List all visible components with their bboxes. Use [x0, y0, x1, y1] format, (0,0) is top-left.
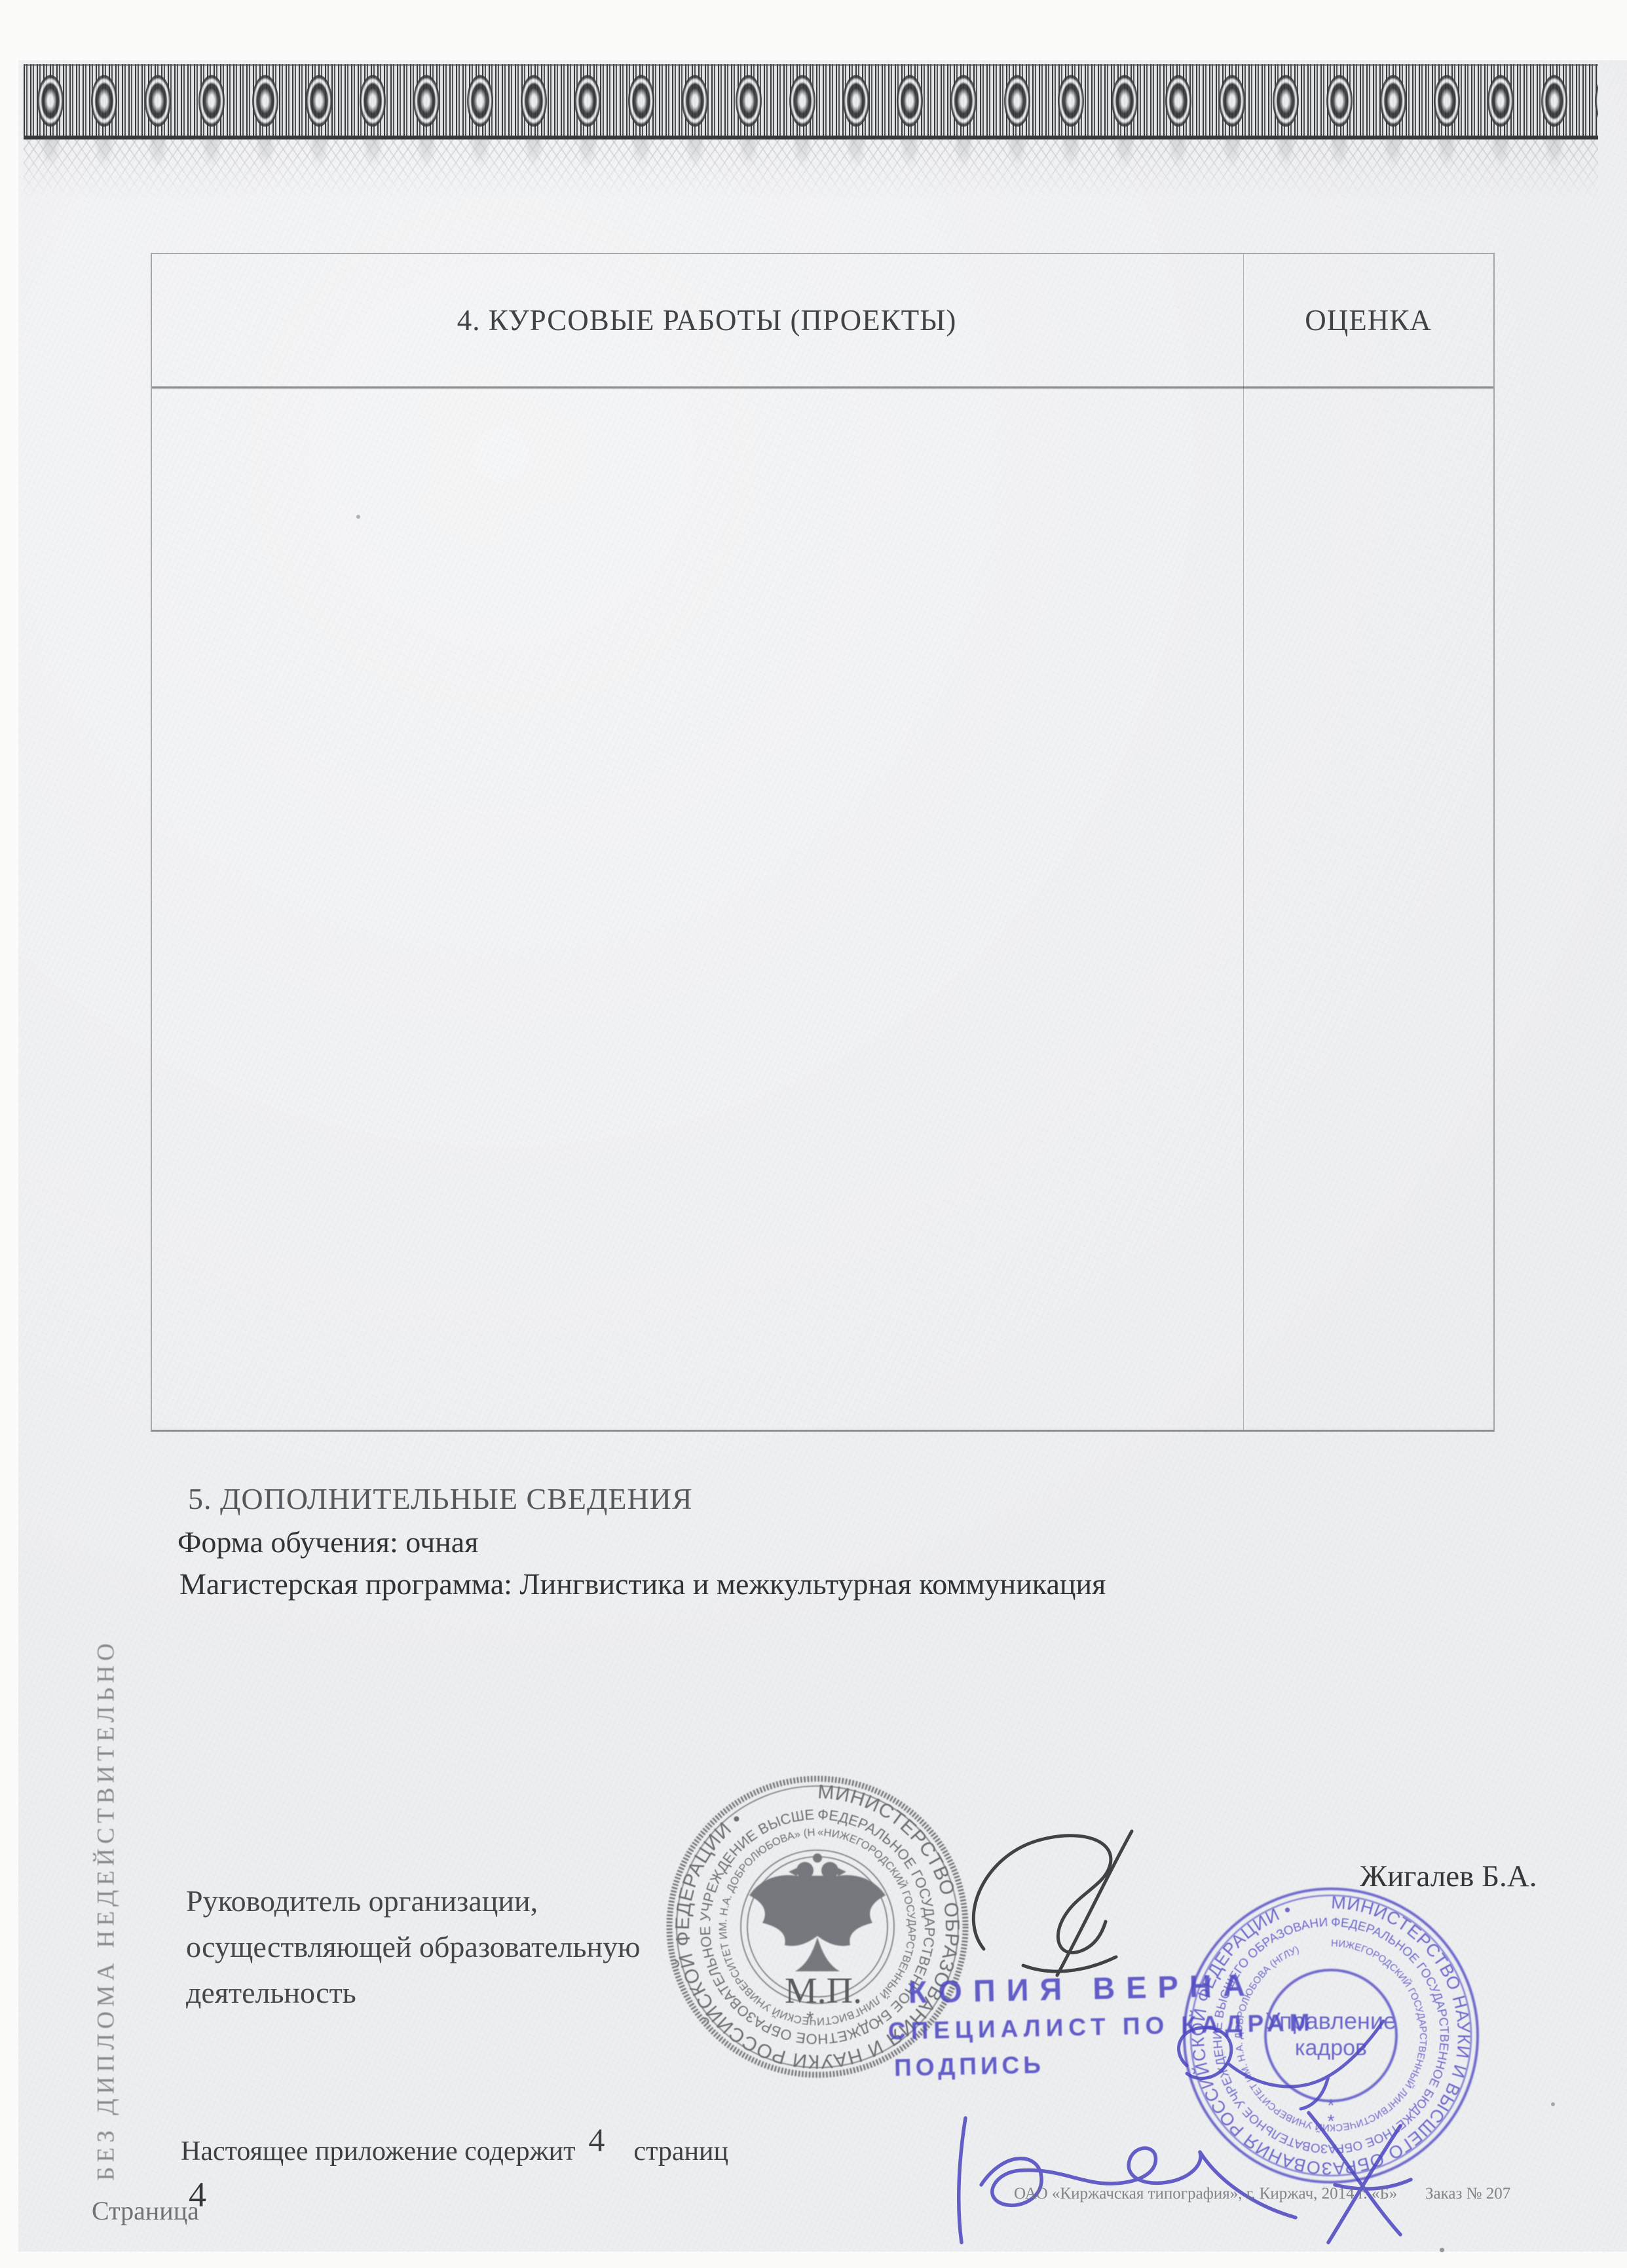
seal-mp-label: М.П. [785, 1971, 862, 2011]
rector-signature [944, 1812, 1187, 1988]
guilloche-border [24, 64, 1598, 139]
study-form-line: Форма обучения: очная [178, 1525, 478, 1559]
scan-speck [1440, 2248, 1444, 2252]
printing-house-info: ОАО «Киржачская типография», г. Киржач, … [1014, 2185, 1397, 2203]
double-headed-eagle-icon [749, 1853, 886, 1971]
print-order-number: Заказ № 207 [1425, 2185, 1510, 2203]
appendix-pages-prefix: Настоящее приложение содержит [181, 2136, 575, 2166]
scanned-diploma-supplement-page: { "table": { "title": "4. КУРСОВЫЕ РАБОТ… [0, 0, 1627, 2268]
table-header-row: 4. КУРСОВЫЕ РАБОТЫ (ПРОЕКТЫ) ОЦЕНКА [152, 254, 1493, 388]
page-label: Страница [92, 2195, 199, 2226]
section5-title: 5. ДОПОЛНИТЕЛЬНЫЕ СВЕДЕНИЯ [188, 1481, 693, 1516]
copy-stamp-line3: ПОДПИСЬ [894, 2051, 1045, 2082]
table-header-grade: ОЦЕНКА [1243, 254, 1493, 386]
without-diploma-invalid-note: БЕЗ ДИПЛОМА НЕДЕЙСТВИТЕЛЬНО [92, 1639, 121, 2181]
appendix-pages-count: 4 [588, 2121, 605, 2158]
seal-asterisk: * [806, 2008, 814, 2030]
caption-line-1: Руководитель организации, [186, 1878, 641, 1924]
table-column-divider [1243, 254, 1244, 1430]
certifier-signature [942, 2106, 1446, 2257]
scan-speck [356, 515, 360, 519]
master-program-line: Магистерская программа: Лингвистика и ме… [179, 1567, 1106, 1601]
caption-line-3: деятельность [186, 1970, 641, 2016]
guilloche-border-fade [24, 136, 1598, 204]
scan-speck [1551, 2102, 1555, 2106]
coursework-table: 4. КУРСОВЫЕ РАБОТЫ (ПРОЕКТЫ) ОЦЕНКА [151, 253, 1495, 1432]
head-of-organisation-caption: Руководитель организации, осуществляющей… [186, 1878, 641, 2016]
table-header-courseworks: 4. КУРСОВЫЕ РАБОТЫ (ПРОЕКТЫ) [152, 254, 1243, 386]
appendix-pages-line: Настоящее приложение содержит4страниц [181, 2130, 728, 2168]
appendix-pages-suffix: страниц [633, 2136, 728, 2166]
caption-line-2: осуществляющей образовательную [186, 1924, 641, 1970]
